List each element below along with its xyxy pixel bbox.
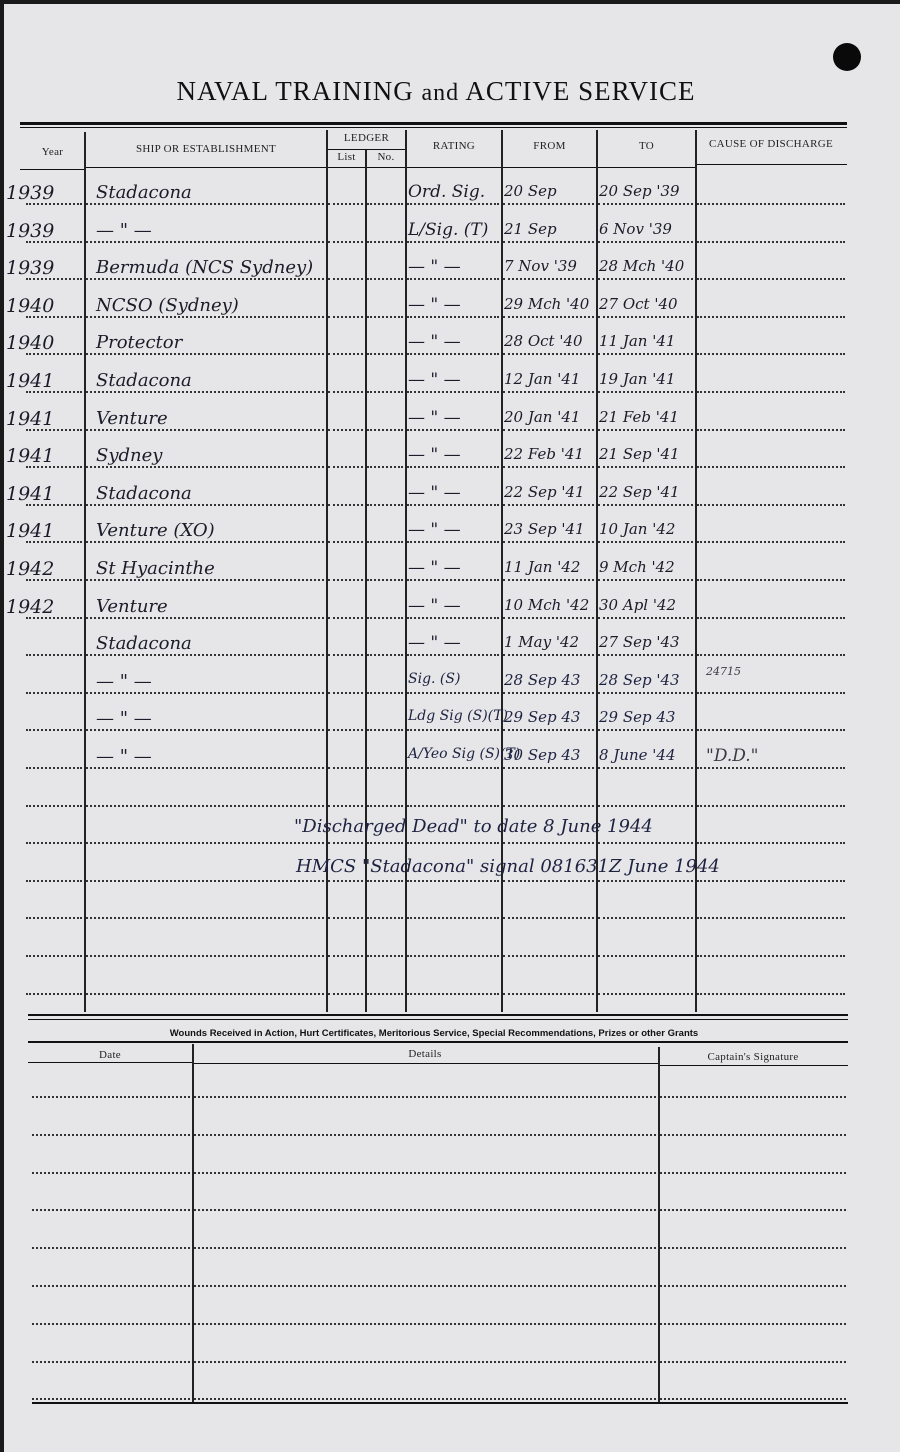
- year-cell: 1941: [6, 520, 54, 542]
- discharge-note: "Discharged Dead" to date 8 June 1944: [294, 816, 653, 837]
- dotted-rule: [697, 241, 845, 243]
- dotted-rule: [32, 1134, 190, 1136]
- header-bottom-rule-cause: [697, 164, 847, 165]
- rating-cell: — " —: [408, 370, 461, 390]
- dotted-rule: [407, 466, 499, 468]
- header-bottom-rule: [85, 167, 697, 168]
- rating-cell: Sig. (S): [408, 671, 460, 687]
- bottom-double-rule-2: [28, 1019, 848, 1020]
- dotted-rule: [598, 955, 693, 957]
- dotted-rule: [697, 654, 845, 656]
- dotted-rule: [328, 654, 363, 656]
- dotted-rule: [660, 1134, 846, 1136]
- to-cell: 10 Jan '42: [599, 520, 675, 538]
- rating-cell: — " —: [408, 295, 461, 315]
- dotted-rule: [697, 617, 845, 619]
- awards-header-rule-date: [28, 1062, 192, 1063]
- dotted-rule: [86, 316, 324, 318]
- dotted-rule: [328, 579, 363, 581]
- awards-title: Wounds Received in Action, Hurt Certific…: [24, 1028, 844, 1039]
- dotted-rule: [697, 917, 845, 919]
- from-cell: 29 Sep 43: [504, 708, 580, 726]
- dotted-rule: [407, 729, 499, 731]
- dotted-rule: [598, 617, 693, 619]
- dotted-rule: [697, 504, 845, 506]
- dotted-rule: [598, 203, 693, 205]
- dotted-rule: [407, 955, 499, 957]
- dotted-rule: [598, 504, 693, 506]
- dotted-rule: [598, 767, 693, 769]
- dotted-rule: [328, 767, 363, 769]
- dotted-rule: [503, 729, 594, 731]
- ship-cell: — " —: [96, 220, 152, 241]
- header-details: Details: [192, 1048, 658, 1060]
- ship-cell: Protector: [96, 332, 182, 353]
- dotted-rule: [86, 579, 324, 581]
- ship-cell: St Hyacinthe: [96, 558, 215, 579]
- dotted-rule: [407, 504, 499, 506]
- bottom-double-rule-1: [28, 1014, 848, 1016]
- dotted-rule: [598, 579, 693, 581]
- dotted-rule: [503, 880, 594, 882]
- dotted-rule: [86, 729, 324, 731]
- dotted-rule: [367, 278, 403, 280]
- dotted-rule: [407, 316, 499, 318]
- dotted-rule: [32, 1285, 190, 1287]
- to-cell: 27 Sep '43: [599, 633, 680, 651]
- dotted-rule: [598, 654, 693, 656]
- rating-cell: Ord. Sig.: [408, 182, 485, 202]
- from-cell: 28 Oct '40: [504, 332, 583, 350]
- dotted-rule: [86, 617, 324, 619]
- dotted-rule: [32, 1209, 190, 1211]
- dotted-rule: [86, 767, 324, 769]
- dotted-rule: [598, 842, 693, 844]
- ship-cell: Stadacona: [96, 182, 192, 203]
- to-cell: 30 Apl '42: [599, 596, 676, 614]
- dotted-rule: [503, 316, 594, 318]
- dotted-rule: [660, 1209, 846, 1211]
- dotted-rule: [407, 880, 499, 882]
- dotted-rule: [407, 654, 499, 656]
- dotted-rule: [660, 1361, 846, 1363]
- dotted-rule: [367, 203, 403, 205]
- dotted-rule: [26, 993, 82, 995]
- dotted-rule: [598, 466, 693, 468]
- dotted-rule: [407, 541, 499, 543]
- to-cell: 19 Jan '41: [599, 370, 675, 388]
- dotted-rule: [194, 1323, 656, 1325]
- header-from: FROM: [502, 140, 597, 152]
- dotted-rule: [367, 541, 403, 543]
- from-cell: 11 Jan '42: [504, 558, 580, 576]
- to-cell: 28 Mch '40: [599, 257, 684, 275]
- dotted-rule: [598, 729, 693, 731]
- dotted-rule: [367, 617, 403, 619]
- rating-cell: — " —: [408, 408, 461, 428]
- dotted-rule: [86, 805, 324, 807]
- col-divider-details: [658, 1047, 660, 1404]
- dotted-rule: [697, 391, 845, 393]
- dotted-rule: [598, 241, 693, 243]
- dotted-rule: [86, 917, 324, 919]
- dotted-rule: [697, 842, 845, 844]
- dotted-rule: [328, 278, 363, 280]
- header-ledger-list: List: [327, 151, 366, 163]
- rating-cell: L/Sig. (T): [408, 220, 488, 240]
- dotted-rule: [367, 917, 403, 919]
- dotted-rule: [26, 880, 82, 882]
- ship-cell: Stadacona: [96, 633, 192, 654]
- dotted-rule: [503, 805, 594, 807]
- dotted-rule: [32, 1247, 190, 1249]
- ship-cell: Venture: [96, 596, 168, 617]
- dotted-rule: [598, 993, 693, 995]
- dotted-rule: [32, 1096, 190, 1098]
- dotted-rule: [328, 993, 363, 995]
- dotted-rule: [367, 955, 403, 957]
- year-cell: 1941: [6, 445, 54, 467]
- header-captain-signature: Captain's Signature: [658, 1051, 848, 1063]
- dotted-rule: [86, 353, 324, 355]
- dotted-rule: [86, 278, 324, 280]
- dotted-rule: [328, 241, 363, 243]
- punch-hole: [833, 43, 861, 71]
- to-cell: 9 Mch '42: [599, 558, 675, 576]
- dotted-rule: [407, 993, 499, 995]
- awards-top-rule: [28, 1041, 848, 1043]
- dotted-rule: [32, 1361, 190, 1363]
- awards-header-rule-details: [192, 1063, 658, 1064]
- from-cell: 30 Sep 43: [504, 746, 580, 764]
- from-cell: 1 May '42: [504, 633, 579, 651]
- year-cell: 1940: [6, 295, 54, 317]
- from-cell: 28 Sep 43: [504, 671, 580, 689]
- dotted-rule: [86, 429, 324, 431]
- dotted-rule: [598, 541, 693, 543]
- rating-cell: — " —: [408, 257, 461, 277]
- ship-cell: Bermuda (NCS Sydney): [96, 257, 313, 278]
- to-cell: 22 Sep '41: [599, 483, 680, 501]
- dotted-rule: [503, 353, 594, 355]
- dotted-rule: [503, 541, 594, 543]
- rating-cell: — " —: [408, 332, 461, 352]
- dotted-rule: [328, 692, 363, 694]
- rating-cell: — " —: [408, 596, 461, 616]
- from-cell: 21 Sep: [504, 220, 557, 238]
- dotted-rule: [407, 805, 499, 807]
- dotted-rule: [598, 278, 693, 280]
- dotted-rule: [503, 993, 594, 995]
- year-cell: 1941: [6, 408, 54, 430]
- dotted-rule: [86, 880, 324, 882]
- dotted-rule: [194, 1285, 656, 1287]
- dotted-rule: [194, 1361, 656, 1363]
- dotted-rule: [328, 617, 363, 619]
- dotted-rule: [367, 729, 403, 731]
- dotted-rule: [598, 805, 693, 807]
- dotted-rule: [328, 391, 363, 393]
- to-cell: 29 Sep 43: [599, 708, 675, 726]
- dotted-rule: [407, 579, 499, 581]
- dotted-rule: [660, 1285, 846, 1287]
- dotted-rule: [26, 654, 82, 656]
- dotted-rule: [697, 541, 845, 543]
- dotted-rule: [32, 1323, 190, 1325]
- header-to: TO: [597, 140, 696, 152]
- dotted-rule: [407, 917, 499, 919]
- rating-cell: — " —: [408, 558, 461, 578]
- dotted-rule: [328, 466, 363, 468]
- to-cell: 28 Sep '43: [599, 671, 680, 689]
- title-part-3: ACTIVE SERVICE: [459, 76, 695, 106]
- header-ledger: LEDGER: [327, 132, 406, 144]
- dotted-rule: [407, 842, 499, 844]
- dotted-rule: [194, 1172, 656, 1174]
- rating-cell: — " —: [408, 633, 461, 653]
- dotted-rule: [598, 429, 693, 431]
- dotted-rule: [503, 466, 594, 468]
- ship-cell: — " —: [96, 671, 152, 692]
- year-cell: 1939: [6, 182, 54, 204]
- dotted-rule: [697, 767, 845, 769]
- to-cell: 27 Oct '40: [599, 295, 678, 313]
- header-year: Year: [20, 146, 85, 158]
- dotted-rule: [367, 316, 403, 318]
- dotted-rule: [660, 1247, 846, 1249]
- dotted-rule: [407, 241, 499, 243]
- cause-cell: 24715: [706, 665, 741, 678]
- from-cell: 29 Mch '40: [504, 295, 589, 313]
- awards-header-rule-signature: [659, 1065, 848, 1066]
- dotted-rule: [503, 617, 594, 619]
- header-ship: SHIP OR ESTABLISHMENT: [85, 143, 327, 155]
- to-cell: 8 June '44: [599, 746, 676, 764]
- dotted-rule: [697, 993, 845, 995]
- year-cell: 1940: [6, 332, 54, 354]
- rating-cell: — " —: [408, 445, 461, 465]
- dotted-rule: [367, 391, 403, 393]
- dotted-rule: [503, 429, 594, 431]
- dotted-rule: [86, 391, 324, 393]
- dotted-rule: [367, 579, 403, 581]
- ledger-sub-rule: [327, 149, 406, 150]
- dotted-rule: [328, 504, 363, 506]
- dotted-rule: [328, 353, 363, 355]
- year-cell: 1941: [6, 483, 54, 505]
- dotted-rule: [86, 241, 324, 243]
- title-part-2: and: [422, 80, 460, 106]
- dotted-rule: [598, 353, 693, 355]
- dotted-rule: [86, 466, 324, 468]
- from-cell: 22 Sep '41: [504, 483, 585, 501]
- dotted-rule: [697, 805, 845, 807]
- dotted-rule: [503, 504, 594, 506]
- to-cell: 21 Sep '41: [599, 445, 680, 463]
- dotted-rule: [86, 692, 324, 694]
- dotted-rule: [407, 617, 499, 619]
- dotted-rule: [503, 767, 594, 769]
- dotted-rule: [86, 993, 324, 995]
- dotted-rule: [367, 654, 403, 656]
- dotted-rule: [697, 429, 845, 431]
- dotted-rule: [26, 917, 82, 919]
- rating-cell: — " —: [408, 483, 461, 503]
- ship-cell: Stadacona: [96, 370, 192, 391]
- dotted-rule: [328, 842, 363, 844]
- awards-bottom-rule: [32, 1402, 848, 1404]
- dotted-rule: [367, 241, 403, 243]
- dotted-rule: [26, 955, 82, 957]
- dotted-rule: [367, 767, 403, 769]
- dotted-rule: [503, 203, 594, 205]
- ship-cell: Sydney: [96, 445, 162, 466]
- header-bottom-rule-year: [20, 169, 84, 170]
- title-part-1: NAVAL TRAINING: [176, 76, 421, 106]
- dotted-rule: [503, 917, 594, 919]
- ship-cell: — " —: [96, 746, 152, 767]
- rating-cell: — " —: [408, 520, 461, 540]
- from-cell: 22 Feb '41: [504, 445, 584, 463]
- header-rating: RATING: [406, 140, 502, 152]
- dotted-rule: [660, 1172, 846, 1174]
- dotted-rule: [328, 316, 363, 318]
- dotted-rule: [86, 203, 324, 205]
- dotted-rule: [598, 880, 693, 882]
- dotted-rule: [697, 353, 845, 355]
- ship-cell: — " —: [96, 708, 152, 729]
- dotted-rule: [697, 729, 845, 731]
- dotted-rule: [407, 429, 499, 431]
- dotted-rule: [598, 917, 693, 919]
- dotted-rule: [328, 955, 363, 957]
- dotted-rule: [86, 504, 324, 506]
- dotted-rule: [407, 353, 499, 355]
- year-cell: 1939: [6, 220, 54, 242]
- dotted-rule: [503, 579, 594, 581]
- dotted-rule: [367, 880, 403, 882]
- dotted-rule: [697, 203, 845, 205]
- dotted-rule: [503, 278, 594, 280]
- dotted-rule: [26, 767, 82, 769]
- dotted-rule: [598, 316, 693, 318]
- dotted-rule: [367, 353, 403, 355]
- year-cell: 1942: [6, 596, 54, 618]
- dotted-rule: [697, 278, 845, 280]
- dotted-rule: [194, 1398, 656, 1400]
- dotted-rule: [328, 541, 363, 543]
- dotted-rule: [503, 692, 594, 694]
- to-cell: 6 Nov '39: [599, 220, 672, 238]
- page-title: NAVAL TRAINING and ACTIVE SERVICE: [4, 76, 868, 107]
- from-cell: 20 Sep: [504, 182, 557, 200]
- dotted-rule: [367, 805, 403, 807]
- dotted-rule: [328, 917, 363, 919]
- dotted-rule: [598, 692, 693, 694]
- year-cell: 1942: [6, 558, 54, 580]
- from-cell: 7 Nov '39: [504, 257, 577, 275]
- dotted-rule: [503, 654, 594, 656]
- ship-cell: Stadacona: [96, 483, 192, 504]
- dotted-rule: [86, 842, 324, 844]
- dotted-rule: [367, 504, 403, 506]
- dotted-rule: [86, 541, 324, 543]
- service-record-page: NAVAL TRAINING and ACTIVE SERVICE Year S…: [4, 4, 900, 1452]
- from-cell: 23 Sep '41: [504, 520, 585, 538]
- top-double-rule-1: [20, 122, 847, 125]
- header-cause: CAUSE OF DISCHARGE: [696, 138, 846, 150]
- dotted-rule: [194, 1134, 656, 1136]
- dotted-rule: [407, 203, 499, 205]
- dotted-rule: [407, 767, 499, 769]
- header-date: Date: [28, 1049, 192, 1061]
- dotted-rule: [194, 1247, 656, 1249]
- dotted-rule: [367, 429, 403, 431]
- signal-note: HMCS "Stadacona" signal 081631Z June 194…: [296, 856, 720, 877]
- ship-cell: Venture: [96, 408, 168, 429]
- dotted-rule: [367, 692, 403, 694]
- dotted-rule: [598, 391, 693, 393]
- ship-cell: NCSO (Sydney): [96, 295, 239, 316]
- from-cell: 10 Mch '42: [504, 596, 589, 614]
- from-cell: 20 Jan '41: [504, 408, 580, 426]
- dotted-rule: [194, 1209, 656, 1211]
- dotted-rule: [328, 805, 363, 807]
- dotted-rule: [697, 692, 845, 694]
- dotted-rule: [32, 1398, 190, 1400]
- dotted-rule: [697, 466, 845, 468]
- dotted-rule: [407, 391, 499, 393]
- dotted-rule: [367, 466, 403, 468]
- dotted-rule: [407, 278, 499, 280]
- dotted-rule: [660, 1323, 846, 1325]
- dotted-rule: [26, 692, 82, 694]
- dotted-rule: [367, 993, 403, 995]
- dotted-rule: [328, 429, 363, 431]
- dotted-rule: [407, 692, 499, 694]
- dotted-rule: [503, 241, 594, 243]
- dotted-rule: [86, 955, 324, 957]
- dotted-rule: [26, 805, 82, 807]
- dotted-rule: [26, 729, 82, 731]
- to-cell: 11 Jan '41: [599, 332, 675, 350]
- dotted-rule: [328, 880, 363, 882]
- top-double-rule-2: [20, 127, 847, 128]
- dotted-rule: [503, 842, 594, 844]
- dotted-rule: [503, 955, 594, 957]
- header-ledger-no: No.: [366, 151, 406, 163]
- year-cell: 1939: [6, 257, 54, 279]
- year-cell: 1941: [6, 370, 54, 392]
- dotted-rule: [26, 842, 82, 844]
- dotted-rule: [697, 880, 845, 882]
- from-cell: 12 Jan '41: [504, 370, 580, 388]
- rating-cell: Ldg Sig (S)(T): [408, 708, 508, 724]
- dotted-rule: [660, 1096, 846, 1098]
- dotted-rule: [194, 1096, 656, 1098]
- to-cell: 21 Feb '41: [599, 408, 679, 426]
- dotted-rule: [697, 579, 845, 581]
- dotted-rule: [86, 654, 324, 656]
- dotted-rule: [697, 316, 845, 318]
- dotted-rule: [660, 1398, 846, 1400]
- dotted-rule: [32, 1172, 190, 1174]
- dotted-rule: [503, 391, 594, 393]
- cause-cell: "D.D.": [706, 746, 759, 766]
- dotted-rule: [697, 955, 845, 957]
- ship-cell: Venture (XO): [96, 520, 215, 541]
- dotted-rule: [367, 842, 403, 844]
